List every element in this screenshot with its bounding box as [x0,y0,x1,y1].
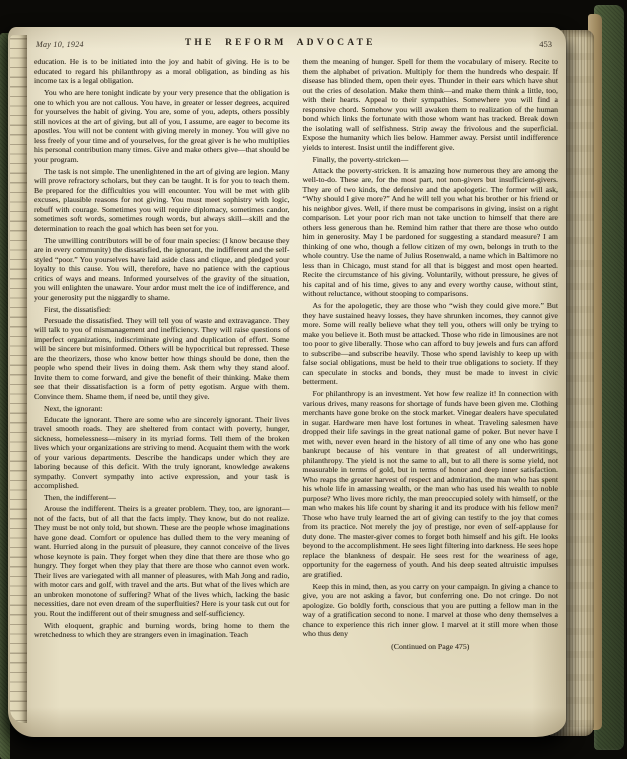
paragraph: As for the apologetic, they are those wh… [303,301,559,387]
text-columns: education. He is to be initiated into th… [34,57,558,654]
paragraph: Arouse the indifferent. Theirs is a grea… [34,504,290,618]
scanned-book-photo: May 10, 1924 THE REFORM ADVOCATE 453 edu… [0,0,627,759]
paragraph: For philanthropy is an investment. Yet h… [303,389,559,579]
paragraph: You who are here tonight indicate by you… [34,88,290,164]
paragraph: With eloquent, graphic and burning words… [34,621,290,640]
right-column: them the meaning of hunger. Spell for th… [303,57,559,654]
section-heading: First, the dissatisfied: [34,305,290,315]
paragraph: Educate the ignorant. There are some who… [34,415,290,491]
section-heading: Next, the ignorant: [34,404,290,414]
previous-page-sliver [10,35,27,723]
page-header: May 10, 1924 THE REFORM ADVOCATE 453 [34,36,558,53]
section-heading: Finally, the poverty-stricken— [303,155,559,165]
paragraph: education. He is to be initiated into th… [34,57,290,86]
header-page-number: 453 [539,39,552,49]
paragraph: Keep this in mind, then, as you carry on… [303,582,559,639]
paragraph: Persuade the dissatisfied. They will tel… [34,316,290,402]
paragraph: them the meaning of hunger. Spell for th… [303,57,559,152]
paragraph: Attack the poverty-stricken. It is amazi… [303,166,559,299]
header-date: May 10, 1924 [36,40,84,49]
scan-page: May 10, 1924 THE REFORM ADVOCATE 453 edu… [8,27,566,737]
section-heading: Then, the indifferent— [34,493,290,503]
left-column: education. He is to be initiated into th… [34,57,290,654]
paragraph: The task is not simple. The unenlightene… [34,167,290,234]
header-title: THE REFORM ADVOCATE [185,38,376,48]
page-content: May 10, 1924 THE REFORM ADVOCATE 453 edu… [34,36,558,731]
continuation-note: (Continued on Page 475) [303,642,559,652]
paragraph: The unwilling contributors will be of fo… [34,236,290,303]
